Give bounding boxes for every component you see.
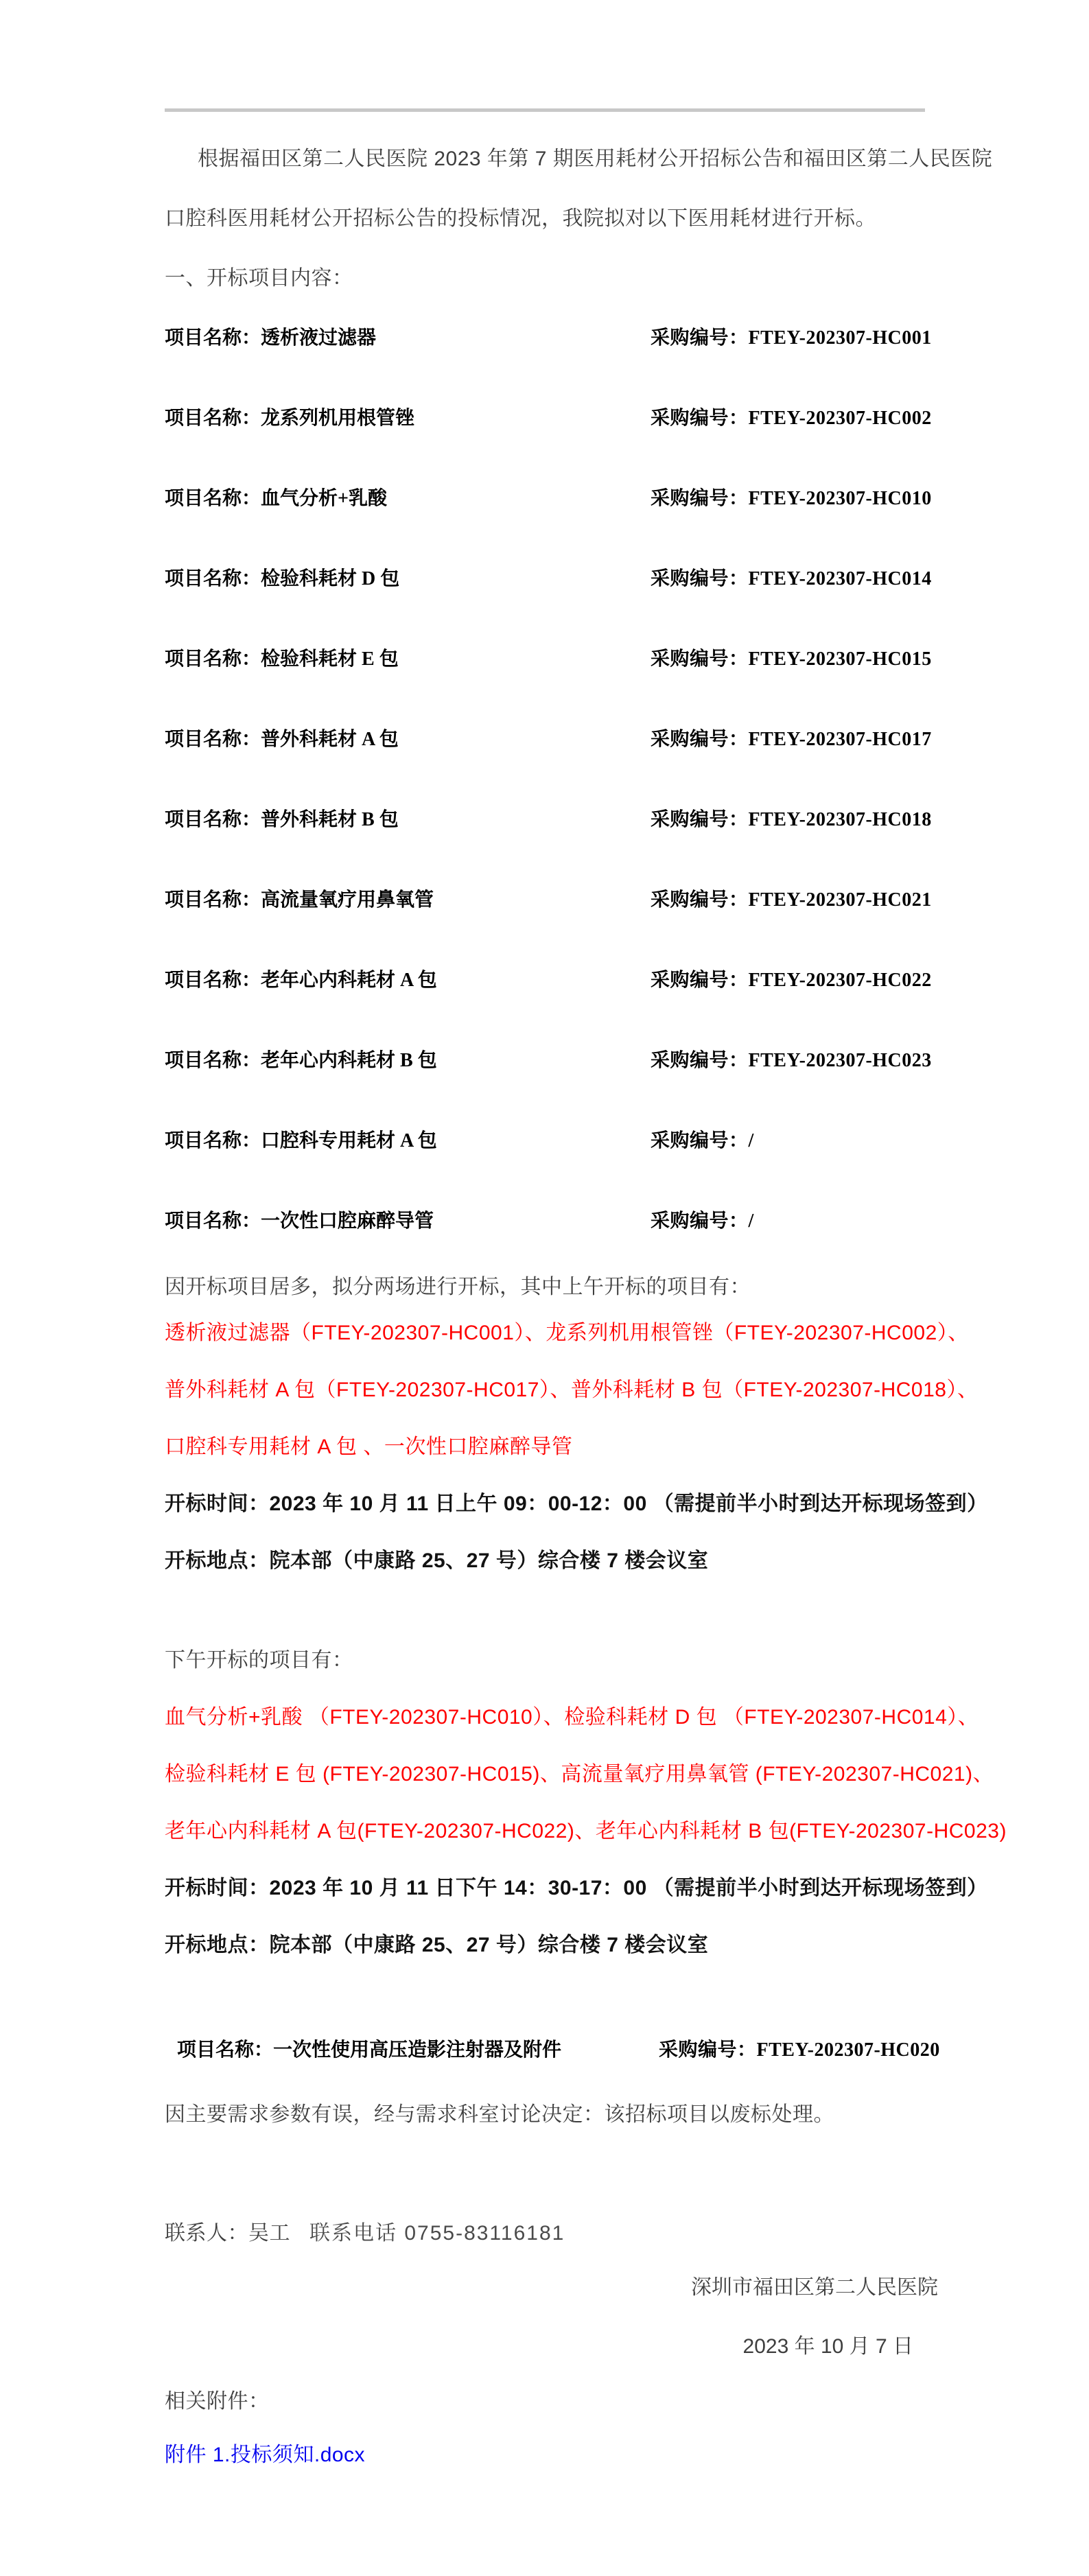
project-code: FTEY-202307-HC022 — [749, 970, 932, 991]
project-code: FTEY-202307-HC014 — [749, 568, 932, 589]
contact-line: 联系人：吴工联系电话 0755-83116181 — [165, 2220, 565, 2247]
contact-phone: 联系电话 0755-83116181 — [309, 2222, 565, 2245]
attachments-heading: 相关附件： — [165, 2388, 270, 2415]
project-name-label: 项目名称： — [165, 327, 261, 349]
project-row: 项目名称：一次性口腔麻醉导管 采购编号：/ — [165, 1206, 940, 1233]
project-name-label: 项目名称： — [165, 809, 261, 830]
project-code-label: 采购编号： — [651, 1130, 749, 1151]
afternoon-bid-time: 开标时间：2023 年 10 月 11 日下午 14：30-17：00 （需提前… — [165, 1875, 988, 1901]
project-row: 项目名称：透析液过滤器 采购编号：FTEY-202307-HC001 — [165, 323, 940, 350]
attachment-link[interactable]: 附件 1.投标须知.docx — [165, 2444, 365, 2466]
project-name-label: 项目名称： — [165, 1050, 261, 1071]
project-code-label: 采购编号： — [651, 729, 749, 750]
morning-red-line: 透析液过滤器（FTEY-202307-HC001）、龙系列机用根管锉（FTEY-… — [165, 1320, 969, 1346]
project-row: 项目名称：检验科耗材 D 包 采购编号：FTEY-202307-HC014 — [165, 563, 940, 591]
project-row: 项目名称：老年心内科耗材 A 包 采购编号：FTEY-202307-HC022 — [165, 965, 940, 992]
project-code: FTEY-202307-HC018 — [749, 809, 932, 830]
afternoon-red-line: 血气分析+乳酸 （FTEY-202307-HC010）、检验科耗材 D 包 （F… — [165, 1704, 979, 1731]
project-code-label: 采购编号： — [659, 2039, 757, 2061]
project-name-label: 项目名称： — [165, 729, 261, 750]
project-code: FTEY-202307-HC001 — [749, 327, 932, 349]
project-name: 检验科耗材 D 包 — [261, 568, 399, 589]
project-row: 项目名称：普外科耗材 A 包 采购编号：FTEY-202307-HC017 — [165, 724, 940, 751]
project-code: FTEY-202307-HC021 — [749, 889, 932, 911]
project-name: 普外科耗材 B 包 — [261, 809, 399, 830]
section-heading: 一、开标项目内容： — [165, 265, 353, 292]
project-name: 老年心内科耗材 A 包 — [261, 970, 437, 991]
project-code-label: 采购编号： — [651, 1050, 749, 1071]
project-name-label: 项目名称： — [165, 488, 261, 509]
project-code: FTEY-202307-HC015 — [749, 648, 932, 670]
project-name-label: 项目名称： — [165, 889, 261, 911]
project-code-label: 采购编号： — [651, 1210, 749, 1232]
project-code-label: 采购编号： — [651, 889, 749, 911]
project-code-label: 采购编号： — [651, 408, 749, 429]
cancelled-project-row: 项目名称：一次性使用高压造影注射器及附件 采购编号：FTEY-202307-HC… — [177, 2035, 952, 2062]
project-row: 项目名称：血气分析+乳酸 采购编号：FTEY-202307-HC010 — [165, 483, 940, 511]
morning-intro: 因开标项目居多，拟分两场进行开标，其中上午开标的项目有： — [165, 1274, 751, 1300]
project-code: / — [749, 1210, 754, 1232]
signature-date-text: 2023 年 10 月 7 日 — [743, 2329, 938, 2359]
project-name: 龙系列机用根管锉 — [261, 408, 414, 429]
project-code-label: 采购编号： — [651, 568, 749, 589]
project-name-label: 项目名称： — [165, 408, 261, 429]
project-name-label: 项目名称： — [165, 1130, 261, 1151]
project-row: 项目名称：普外科耗材 B 包 采购编号：FTEY-202307-HC018 — [165, 804, 940, 832]
cancelled-project-code: FTEY-202307-HC020 — [757, 2039, 940, 2061]
morning-red-line: 口腔科专用耗材 A 包 、一次性口腔麻醉导管 — [165, 1433, 572, 1460]
project-row: 项目名称：检验科耗材 E 包 采购编号：FTEY-202307-HC015 — [165, 644, 940, 671]
afternoon-intro: 下午开标的项目有： — [165, 1647, 353, 1674]
project-name: 口腔科专用耗材 A 包 — [261, 1130, 437, 1151]
project-code-label: 采购编号： — [651, 648, 749, 670]
project-code-label: 采购编号： — [651, 809, 749, 830]
morning-bid-place: 开标地点：院本部（中康路 25、27 号）综合楼 7 楼会议室 — [165, 1547, 708, 1574]
top-divider — [165, 108, 925, 112]
project-row: 项目名称：高流量氧疗用鼻氧管 采购编号：FTEY-202307-HC021 — [165, 885, 940, 912]
project-code: FTEY-202307-HC017 — [749, 729, 932, 750]
project-name: 一次性口腔麻醉导管 — [261, 1210, 434, 1232]
intro-line-1: 根据福田区第二人民医院 2023 年第 7 期医用耗材公开招标公告和福田区第二人… — [198, 145, 992, 172]
project-code: FTEY-202307-HC010 — [749, 488, 932, 509]
project-code: FTEY-202307-HC002 — [749, 408, 932, 429]
cancel-reason: 因主要需求参数有误，经与需求科室讨论决定：该招标项目以废标处理。 — [165, 2101, 834, 2128]
signature-date: 2023 年 10 月 7 日 — [165, 2329, 938, 2359]
project-row: 项目名称：龙系列机用根管锉 采购编号：FTEY-202307-HC002 — [165, 403, 940, 430]
afternoon-red-line: 检验科耗材 E 包 (FTEY-202307-HC015)、高流量氧疗用鼻氧管 … — [165, 1761, 994, 1788]
project-code: / — [749, 1130, 754, 1151]
project-name: 普外科耗材 A 包 — [261, 729, 399, 750]
project-name: 高流量氧疗用鼻氧管 — [261, 889, 434, 911]
project-name: 老年心内科耗材 B 包 — [261, 1050, 437, 1071]
attachment-link-line: 附件 1.投标须知.docx — [165, 2442, 365, 2468]
project-name-label: 项目名称： — [165, 648, 261, 670]
intro-line-2: 口腔科医用耗材公开招标公告的投标情况，我院拟对以下医用耗材进行开标。 — [165, 205, 876, 232]
morning-bid-time: 开标时间：2023 年 10 月 11 日上午 09：00-12：00 （需提前… — [165, 1490, 988, 1517]
cancelled-project-name: 一次性使用高压造影注射器及附件 — [273, 2039, 561, 2061]
project-code-label: 采购编号： — [651, 970, 749, 991]
project-name: 透析液过滤器 — [261, 327, 376, 349]
contact-person: 联系人：吴工 — [165, 2222, 290, 2245]
morning-red-line: 普外科耗材 A 包（FTEY-202307-HC017）、普外科耗材 B 包（F… — [165, 1377, 978, 1403]
project-name-label: 项目名称： — [165, 970, 261, 991]
project-name-label: 项目名称： — [177, 2039, 273, 2061]
project-row: 项目名称：口腔科专用耗材 A 包 采购编号：/ — [165, 1125, 940, 1153]
project-row: 项目名称：老年心内科耗材 B 包 采购编号：FTEY-202307-HC023 — [165, 1045, 940, 1073]
signature-org: 深圳市福田区第二人民医院 — [165, 2270, 938, 2300]
project-name: 检验科耗材 E 包 — [261, 648, 399, 670]
project-code: FTEY-202307-HC023 — [749, 1050, 932, 1071]
project-name-label: 项目名称： — [165, 1210, 261, 1232]
project-name-label: 项目名称： — [165, 568, 261, 589]
announcement-document: 根据福田区第二人民医院 2023 年第 7 期医用耗材公开招标公告和福田区第二人… — [0, 0, 1089, 2576]
project-code-label: 采购编号： — [651, 327, 749, 349]
project-name: 血气分析+乳酸 — [261, 488, 387, 509]
afternoon-bid-place: 开标地点：院本部（中康路 25、27 号）综合楼 7 楼会议室 — [165, 1932, 708, 1958]
project-code-label: 采购编号： — [651, 488, 749, 509]
afternoon-red-line: 老年心内科耗材 A 包(FTEY-202307-HC022)、老年心内科耗材 B… — [165, 1818, 1007, 1845]
